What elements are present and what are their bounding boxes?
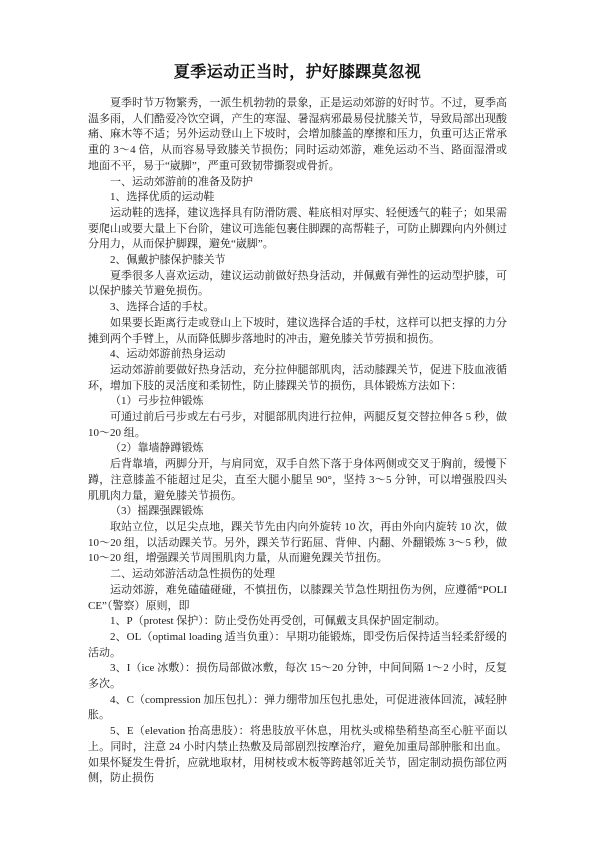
paragraph: 后背靠墙，两脚分开，与肩同宽，双手自然下落于身体两侧或交叉于胸前，缓慢下蹲，注意… [88,457,507,504]
item-heading: 3、选择合适的手杖。 [88,300,507,316]
paragraph: 取站立位，以足尖点地，踝关节先由内向外旋转 10 次，再由外向内旋转 10 次，… [88,520,507,567]
paragraph: 运动郊游前要做好热身活动，充分拉伸腿部肌肉，活动膝踝关节，促进下肢血液循环，增加… [88,363,507,394]
item-heading: 1、P（protest 保护）：防止受伤处再受创，可佩戴支具保护固定制动。 [88,614,507,630]
paragraph: 运动鞋的选择，建议选择具有防滑防震、鞋底相对厚实、轻便透气的鞋子；如果需要爬山或… [88,206,507,253]
paragraph: 如果要长距离行走或登山上下坡时，建议选择合适的手杖，这样可以把支撑的力分摊到两个… [88,316,507,347]
document-title: 夏季运动正当时，护好膝踝莫忽视 [88,62,507,84]
item-heading: （1）弓步拉伸锻炼 [88,394,507,410]
item-heading: 4、C（compression 加压包扎）：弹力绷带加压包扎患处，可促进液体回流… [88,693,507,724]
item-heading: 4、运动郊游前热身运动 [88,347,507,363]
item-heading: （2）靠墙静蹲锻炼 [88,441,507,457]
document-body: 夏季时节万物繁秀，一派生机勃勃的景象，正是运动郊游的好时节。不过，夏季高温多雨，… [88,96,507,787]
item-heading: 2、佩戴护膝保护膝关节 [88,253,507,269]
item-heading: 1、选择优质的运动鞋 [88,190,507,206]
paragraph: 夏季很多人喜欢运动，建议运动前做好热身活动，并佩戴有弹性的运动型护膝，可以保护膝… [88,269,507,300]
paragraph: 可通过前后弓步或左右弓步，对腿部肌肉进行拉伸，两腿反复交替拉伸各 5 秒，做 1… [88,410,507,441]
document-page: 夏季运动正当时，护好膝踝莫忽视 夏季时节万物繁秀，一派生机勃勃的景象，正是运动郊… [0,0,595,841]
section-heading: 二、运动郊游活动急性损伤的处理 [88,567,507,583]
item-heading: 3、I（ice 冰敷）：损伤局部做冰敷，每次 15～20 分钟，中间间隔 1～2… [88,661,507,692]
paragraph: 夏季时节万物繁秀，一派生机勃勃的景象，正是运动郊游的好时节。不过，夏季高温多雨，… [88,96,507,175]
item-heading: 2、OL（optimal loading 适当负重）：早期功能锻炼，即受伤后保持… [88,630,507,661]
paragraph: 运动郊游，难免磕磕碰碰，不慎扭伤，以膝踝关节急性期扭伤为例，应遵循“POLICE… [88,583,507,614]
item-heading: （3）摇踝强踝锻炼 [88,504,507,520]
paragraph: 5、E（elevation 抬高患肢）：将患肢放平休息，用枕头或棉垫稍垫高至心脏… [88,724,507,787]
section-heading: 一、运动郊游前的准备及防护 [88,175,507,191]
